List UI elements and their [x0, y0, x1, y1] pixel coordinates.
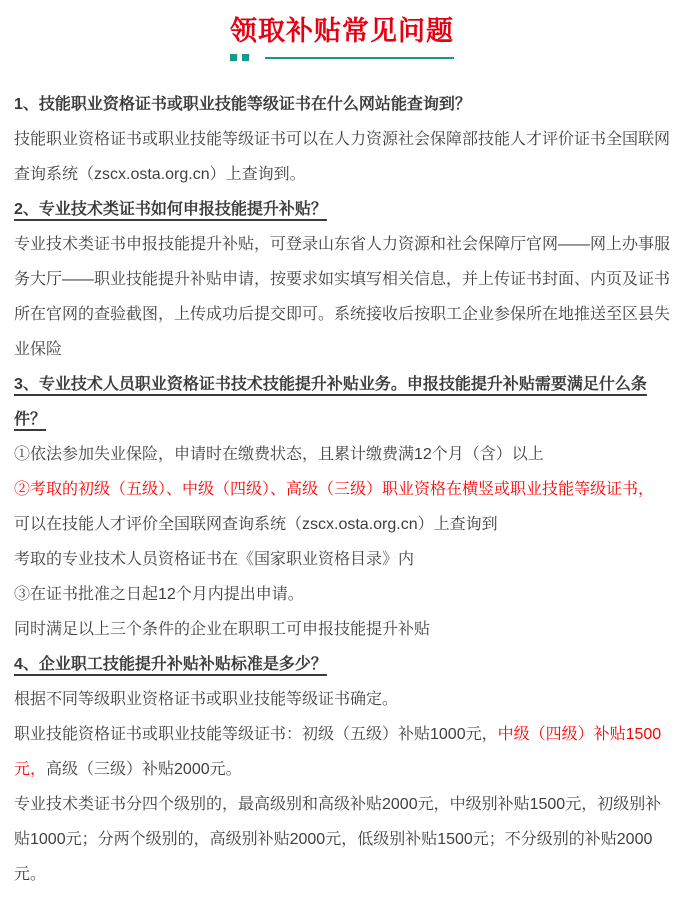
- page-title: 领取补贴常见问题: [230, 14, 454, 48]
- faq-answer-1: 技能职业资格证书或职业技能等级证书可以在人力资源社会保障部技能人才评价证书全国联…: [14, 122, 670, 192]
- faq-answer-3-condition-2: ②考取的初级（五级）、中级（四级）、高级（三级）职业资格在横竖或职业技能等级证书…: [14, 472, 670, 542]
- faq-question-4: 4、企业职工技能提升补贴补贴标准是多少？: [14, 647, 670, 682]
- faq-content: 1、技能职业资格证书或职业技能等级证书在什么网站能查询到？ 技能职业资格证书或职…: [14, 87, 670, 892]
- answer-segment: 高级（三级）补贴2000元。: [46, 761, 242, 778]
- title-divider: [230, 54, 454, 61]
- faq-answer-3-condition-2b: 考取的专业技术人员资格证书在《国家职业资格目录》内: [14, 542, 670, 577]
- faq-article: 领取补贴常见问题 1、技能职业资格证书或职业技能等级证书在什么网站能查询到？ 技…: [0, 0, 684, 904]
- divider-square-icon: [230, 54, 237, 61]
- faq-answer-2: 专业技术类证书申报技能提升补贴，可登录山东省人力资源和社会保障厅官网——网上办事…: [14, 227, 670, 367]
- faq-answer-4-intro: 根据不同等级职业资格证书或职业技能等级证书确定。: [14, 682, 670, 717]
- divider-line: [265, 57, 454, 59]
- faq-question-3: 3、专业技术人员职业资格证书技术技能提升补贴业务。申报技能提升补贴需要满足什么条…: [14, 367, 670, 437]
- faq-answer-3-condition-1: ①依法参加失业保险，申请时在缴费状态，且累计缴费满12个月（含）以上: [14, 437, 670, 472]
- faq-answer-4-detail: 专业技术类证书分四个级别的，最高级别和高级补贴2000元，中级别补贴1500元，…: [14, 787, 670, 892]
- faq-question-1: 1、技能职业资格证书或职业技能等级证书在什么网站能查询到？: [14, 87, 670, 122]
- article-header: 领取补贴常见问题: [230, 14, 454, 61]
- answer-segment: 职业技能资格证书或职业技能等级证书：初级（五级）补贴1000元，: [14, 726, 498, 743]
- answer-segment: 可以在技能人才评价全国联网查询系统（zscx.osta.org.cn）上查询到: [14, 516, 498, 533]
- faq-answer-4-standards: 职业技能资格证书或职业技能等级证书：初级（五级）补贴1000元，中级（四级）补贴…: [14, 717, 670, 787]
- faq-question-2: 2、专业技术类证书如何申报技能提升补贴？: [14, 192, 670, 227]
- faq-answer-3-summary: 同时满足以上三个条件的企业在职职工可申报技能提升补贴: [14, 612, 670, 647]
- highlight-text: ②考取的初级（五级）、中级（四级）、高级（三级）职业资格在横竖或职业技能等级证书…: [14, 481, 654, 498]
- divider-square-icon: [242, 54, 249, 61]
- faq-answer-3-condition-3: ③在证书批准之日起12个月内提出申请。: [14, 577, 670, 612]
